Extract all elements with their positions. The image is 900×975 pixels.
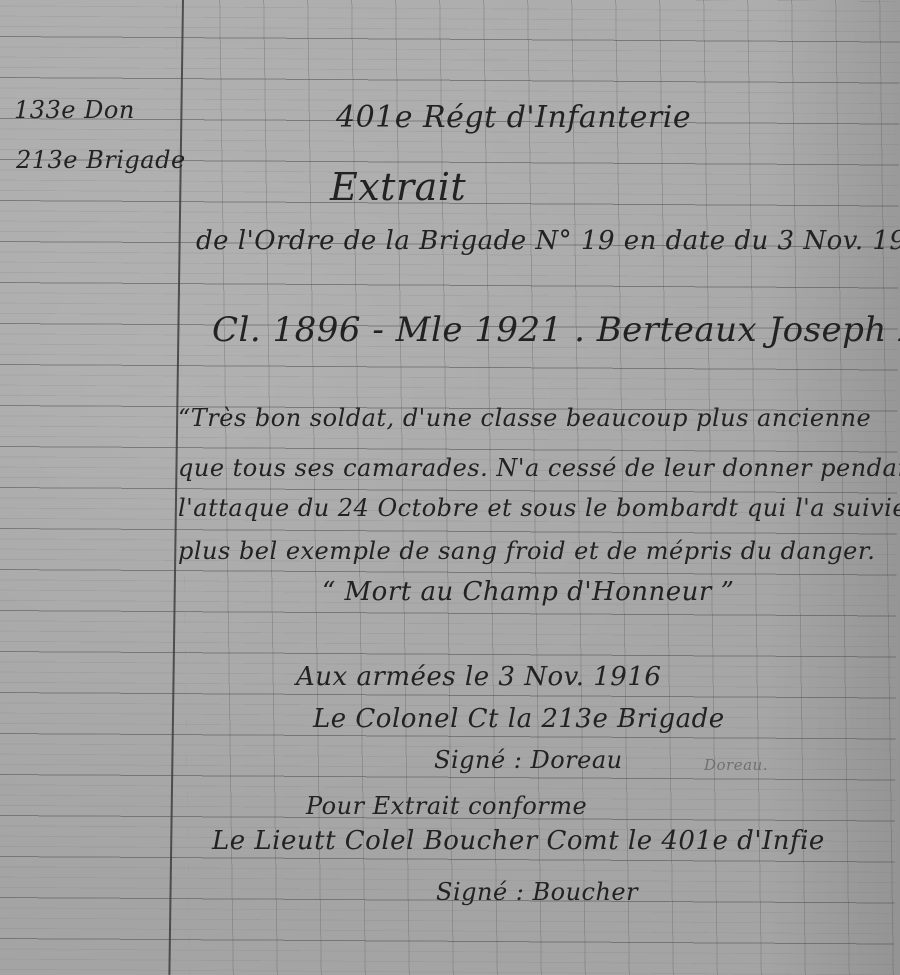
certification-line: Pour Extrait conforme [306,792,587,820]
signatory-title-colonel: Le Colonel Ct la 213e Brigade [313,704,725,734]
margin-note-brigade: 213e Brigade [16,146,186,174]
margin-note-division: 133e Don [14,96,135,124]
signature-side-mark: Doreau. [704,756,768,774]
signature-boucher: Signé : Boucher [436,878,638,906]
signature-doreau: Signé : Doreau [434,746,623,774]
citation-motto: “ Mort au Champ d'Honneur ” [322,577,734,607]
document-page: 133e Don 213e Brigade 401e Régt d'Infant… [0,0,900,975]
regiment-heading: 401e Régt d'Infanterie [336,100,691,135]
citation-line: que tous ses camarades. N'a cessé de leu… [178,454,900,482]
place-date: Aux armées le 3 Nov. 1916 [296,662,661,692]
extract-title: Extrait [330,165,466,209]
order-reference: de l'Ordre de la Brigade N° 19 en date d… [196,226,900,256]
citation-line: plus bel exemple de sang froid et de mép… [178,537,875,565]
citation-line: “Très bon soldat, d'une classe beaucoup … [178,404,871,432]
citation-line: l'attaque du 24 Octobre et sous le bomba… [178,494,900,522]
soldier-identification: Cl. 1896 - Mle 1921 . Berteaux Joseph 2e… [212,310,900,350]
signatory-title-lieutenant-colonel: Le Lieutt Colel Boucher Comt le 401e d'I… [212,826,825,856]
